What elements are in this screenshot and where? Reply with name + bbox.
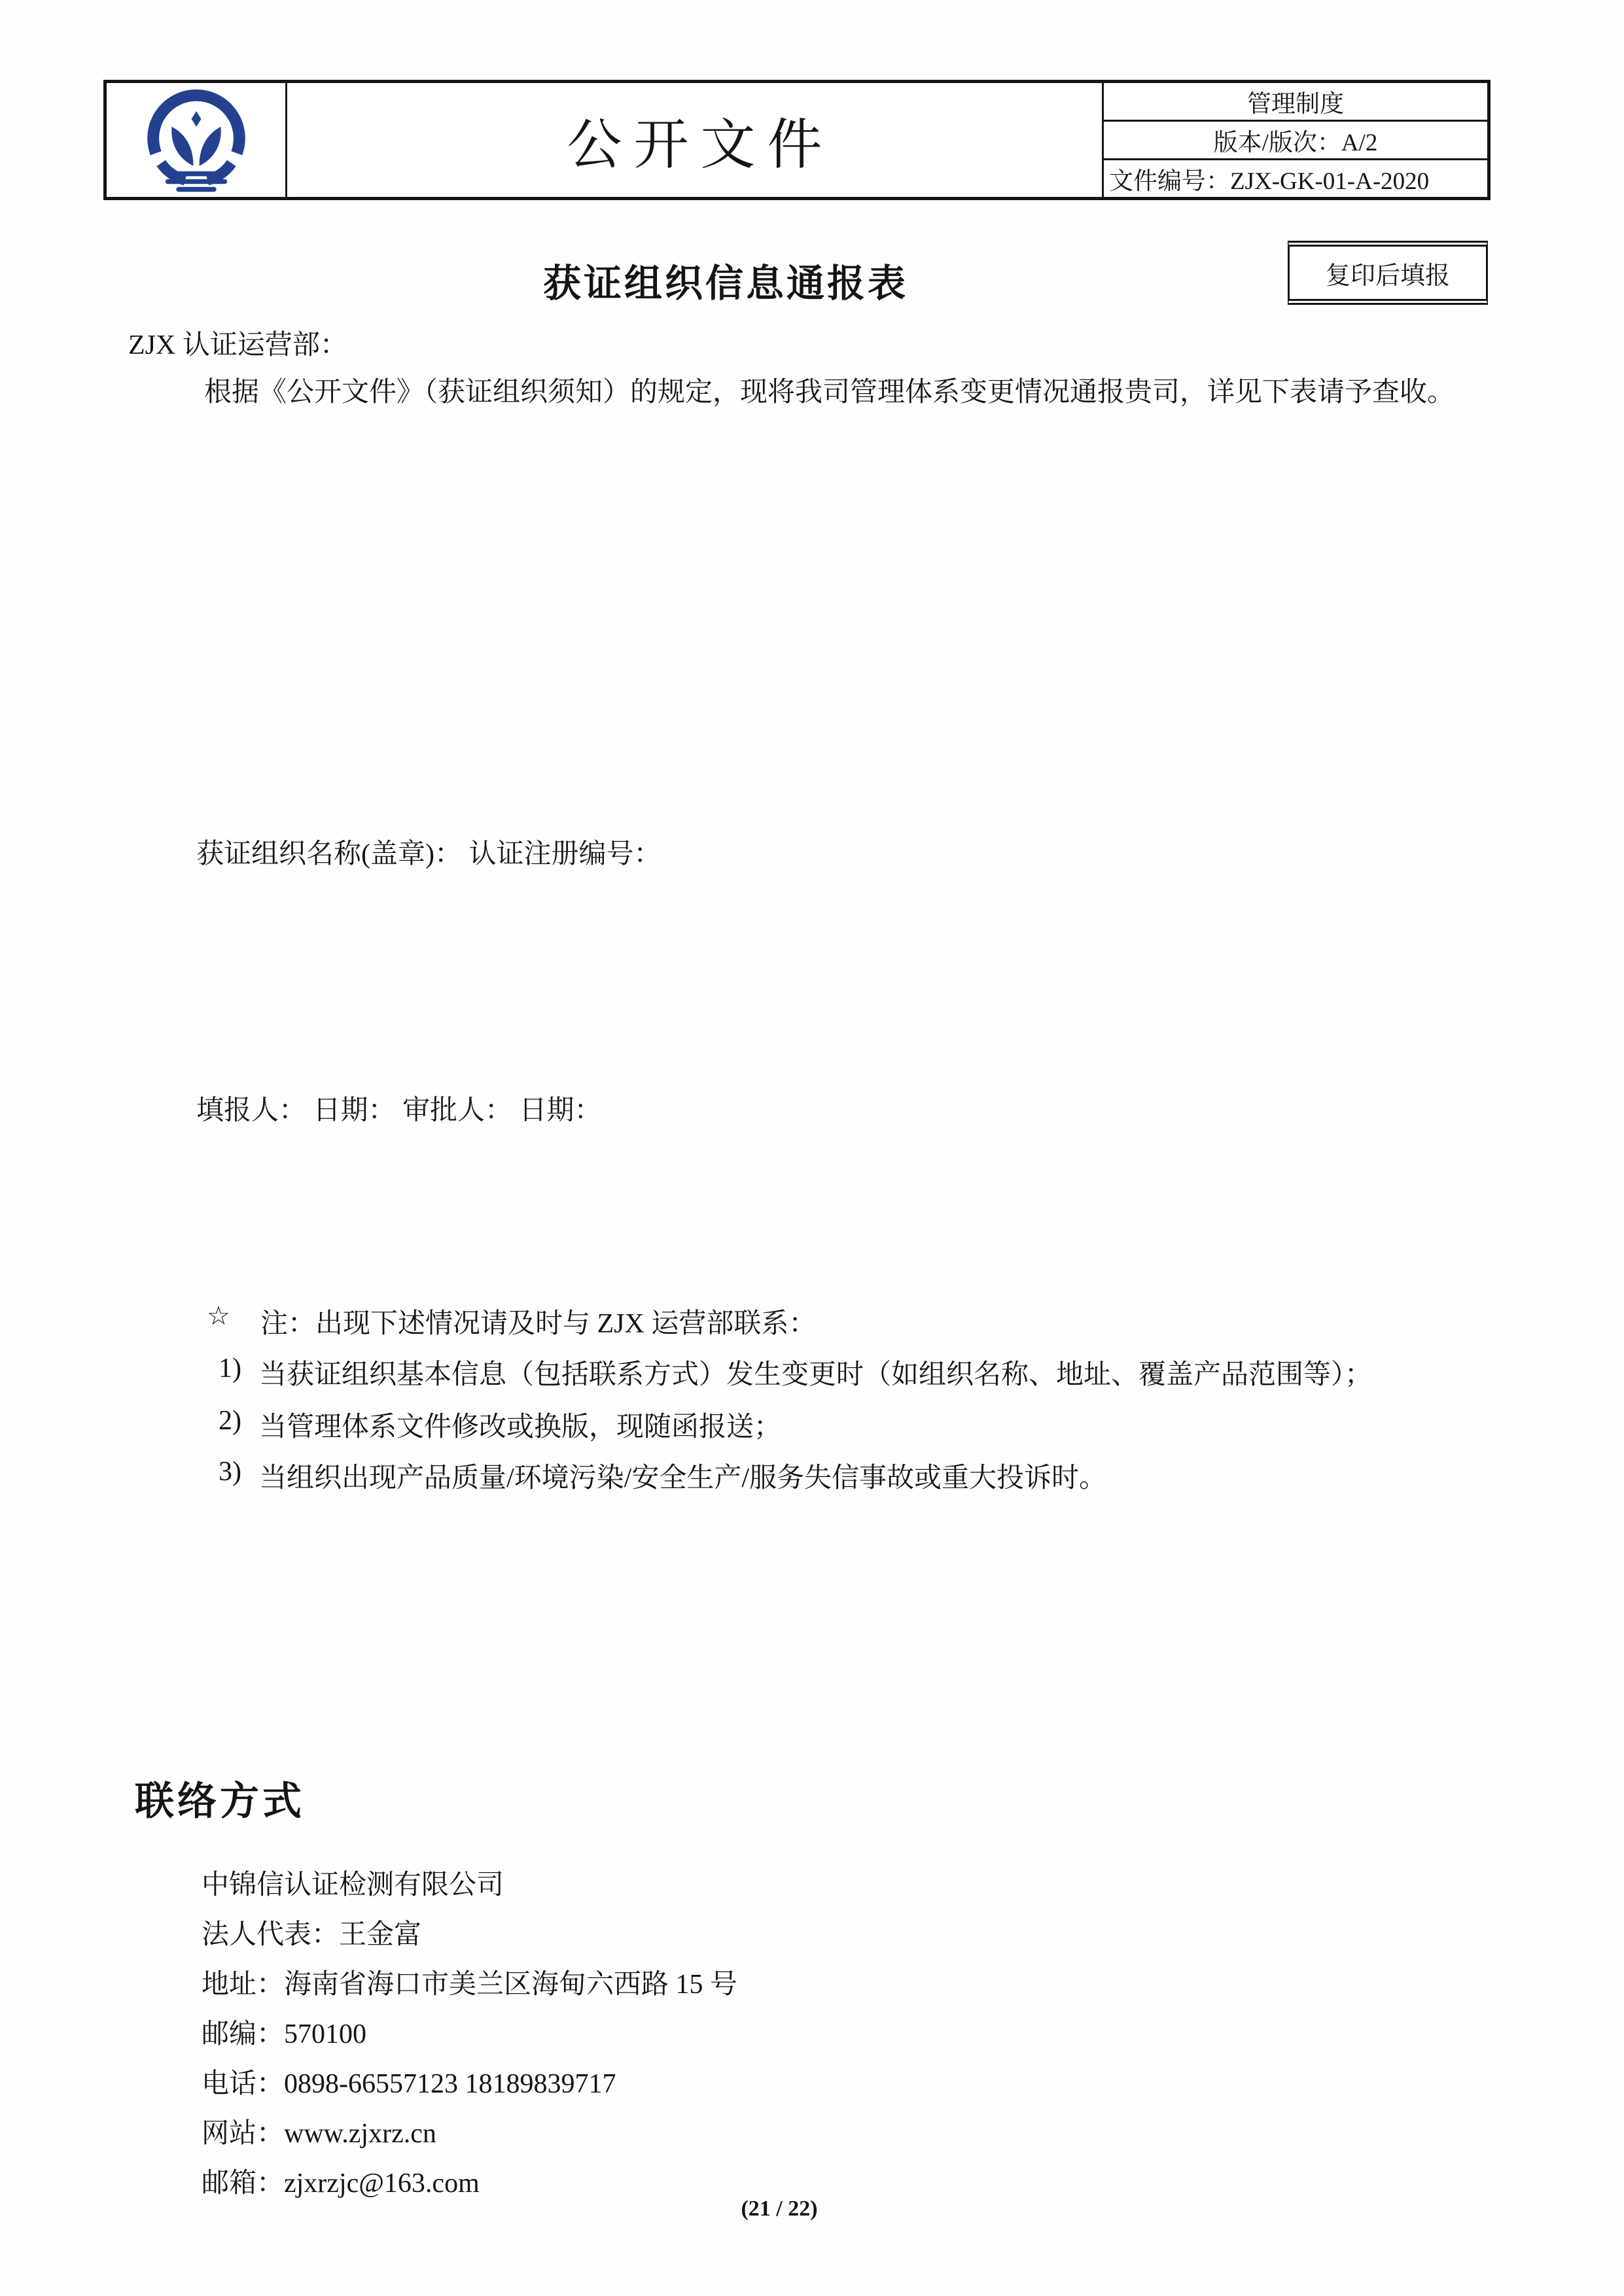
contact-email: 邮箱：zjxrzjc@163.com [202, 2161, 480, 2200]
sign-date-line: 填报人： 日期： 审批人： 日期： [196, 1088, 602, 1128]
header-meta: 管理制度 版本/版次：A/2 文件编号：ZJX-GK-01-A-2020 [1104, 83, 1487, 197]
contact-address: 地址：海南省海口市美兰区海甸六西路 15 号 [202, 1962, 737, 2002]
header-category: 管理制度 [1104, 83, 1487, 120]
note-number: 3) [219, 1456, 259, 1495]
header-table: 公开文件 管理制度 版本/版次：A/2 文件编号：ZJX-GK-01-A-202… [103, 80, 1491, 200]
note-number: 1) [219, 1353, 259, 1392]
logo-cell [107, 83, 287, 197]
contact-website: 网站：www.zjxrz.cn [202, 2112, 436, 2151]
note-item-2: 2) 当管理体系文件修改或换版，现随函报送； [219, 1405, 781, 1444]
note-text: 当组织出现产品质量/环境污染/安全生产/服务失信事故或重大投诉时。 [259, 1456, 1106, 1495]
contact-legal-rep: 法人代表：王金富 [202, 1913, 421, 1952]
intro-paragraph: 根据《公开文件》（获证组织须知）的规定，现将我司管理体系变更情况通报贵司，详见下… [204, 370, 1455, 409]
org-name-line: 获证组织名称(盖章)： 认证注册编号： [196, 832, 661, 871]
contact-postcode: 邮编：570100 [202, 2012, 366, 2051]
note-text: 当获证组织基本信息（包括联系方式）发生变更时（如组织名称、地址、覆盖产品范围等）… [259, 1353, 1372, 1392]
note-item-1: 1) 当获证组织基本信息（包括联系方式）发生变更时（如组织名称、地址、覆盖产品范… [219, 1353, 1372, 1392]
document-page: 公开文件 管理制度 版本/版次：A/2 文件编号：ZJX-GK-01-A-202… [0, 0, 1624, 2296]
note-number: 2) [219, 1405, 259, 1444]
star-icon: ☆ [207, 1300, 230, 1331]
doc-type-title: 公开文件 [287, 83, 1104, 197]
note-header: 注：出现下述情况请及时与 ZJX 运营部联系： [260, 1302, 816, 1341]
header-version: 版本/版次：A/2 [1104, 120, 1487, 158]
page-number: (21 / 22) [0, 2197, 1559, 2221]
addressee-line: ZJX 认证运营部： [128, 323, 347, 362]
contact-phone: 电话：0898-66557123 18189839717 [202, 2062, 616, 2101]
note-text: 当管理体系文件修改或换版，现随函报送； [259, 1405, 781, 1444]
contact-company: 中锦信认证检测有限公司 [202, 1863, 504, 1902]
form-title: 获证组织信息通报表 [543, 252, 908, 307]
copy-after-fill-box: 复印后填报 [1288, 241, 1488, 305]
header-doc-number: 文件编号：ZJX-GK-01-A-2020 [1104, 158, 1487, 197]
company-logo-icon [137, 84, 255, 196]
note-item-3: 3) 当组织出现产品质量/环境污染/安全生产/服务失信事故或重大投诉时。 [219, 1456, 1106, 1495]
contact-heading: 联络方式 [135, 1770, 305, 1826]
